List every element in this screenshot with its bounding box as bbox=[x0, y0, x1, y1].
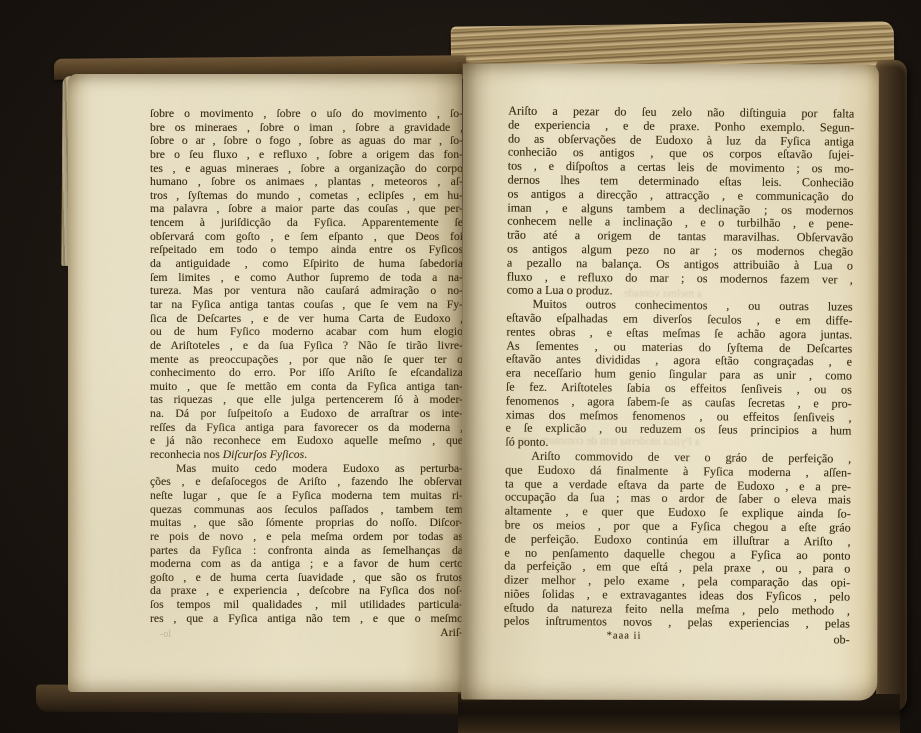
right-page-text: Ariſto a pezar do ſeu zelo não diſtingui… bbox=[504, 105, 855, 632]
right-page-footer: *aaa ii ob- bbox=[504, 630, 850, 648]
text-line: tencem à juriſdicção da Fyſica. Apparent… bbox=[150, 216, 463, 230]
text-line: bre o ſeu fluxo , e refluxo , ſobre a or… bbox=[150, 148, 463, 162]
text-line: tas riquezas , que elle julga pertencere… bbox=[150, 393, 463, 407]
open-book-photo: ſobre o movimento , ſobre o uſo do movim… bbox=[0, 0, 921, 733]
ink-bleedthrough: -ol bbox=[160, 629, 171, 640]
text-line: ſica de Deſcartes , e de ver huma Carta … bbox=[150, 312, 463, 326]
text-line: e já não reconhece em Eudoxo aquelle meſ… bbox=[150, 434, 463, 448]
text-line: reſſes da Fyſica antiga para favorecer o… bbox=[150, 421, 463, 435]
text-line: neſte lugar , que ſe a Fyſica moderna te… bbox=[150, 489, 463, 503]
text-line: na. Dá por ſuſpeitoſo a Eudoxo de arraſt… bbox=[150, 407, 463, 421]
text-line: humano , ſobre os animaes , plantas , me… bbox=[150, 175, 463, 189]
text-line: ſem limites , e como Author ſupremo de t… bbox=[150, 271, 463, 285]
left-page-text: ſobre o movimento , ſobre o uſo do movim… bbox=[150, 107, 463, 625]
text-line: partes da Fyſica : confronta ainda as ſe… bbox=[150, 544, 463, 558]
text-line: da antiguidade , como Eſpirito de huma ſ… bbox=[150, 257, 463, 271]
text-line: tureza. Mas por ventura não cauſará admi… bbox=[150, 284, 463, 298]
text-line: moderna com as da antiga ; e a favor de … bbox=[150, 557, 463, 571]
right-page: Ariſto a pezar do ſeu zelo não diſtingui… bbox=[461, 63, 879, 700]
text-line: re pois de novo , e pela meſma ordem por… bbox=[150, 530, 463, 544]
text-line: res , que a Fyſica antiga não tem , e qu… bbox=[150, 612, 463, 626]
text-line: bre os mineraes , ſobre o iman , ſobre a… bbox=[150, 121, 463, 135]
text-line: da praxe , e experiencia , deſcobre na F… bbox=[150, 584, 463, 598]
right-page-catchword: ob- bbox=[833, 632, 849, 647]
left-page: ſobre o movimento , ſobre o uſo do movim… bbox=[68, 74, 462, 692]
text-line: de Ariſtoteles , e da ſua Fyſica ? Não ſ… bbox=[150, 339, 463, 353]
text-line: reſpeitado em todo o tempo ainda entre o… bbox=[150, 243, 463, 257]
text-line: tar na Fyſica antiga tantas couſas , que… bbox=[150, 298, 463, 312]
text-line: ma palavra , ſobre a maior parte das cou… bbox=[150, 202, 463, 216]
text-line: tros , ſyſtemas do mundo , cometas , ecl… bbox=[150, 189, 463, 203]
text-line: ſobre o ar , ſobre o fogo , ſobre as agu… bbox=[150, 134, 463, 148]
text-line: quezas communas aos ſeculos paſſados , t… bbox=[150, 503, 463, 517]
text-line: ções , e deſaſocegos de Ariſto , fazendo… bbox=[150, 475, 463, 489]
text-line: ſos tempos mil qualidades , mil utilidad… bbox=[150, 598, 463, 612]
text-line: mente as preoccupações , por que não ſe … bbox=[150, 353, 463, 367]
text-line: muito , que ſe mettão em conta da Fyſica… bbox=[150, 380, 463, 394]
text-line: ou de hum Fyſico moderno acabar com hum … bbox=[150, 325, 463, 339]
text-line: muitas , que são ſómente proprias do noſ… bbox=[150, 516, 463, 530]
text-line: Mas muito cedo modera Eudoxo as perturba… bbox=[150, 462, 463, 476]
text-line: obſervará com goſto , e ſem eſpanto , qu… bbox=[150, 230, 463, 244]
text-line: reconhecia nos Diſcurſos Fyſicos. bbox=[150, 448, 463, 462]
text-line: goſto , e de huma certa ſuavidade , que … bbox=[150, 571, 463, 585]
signature-mark: *aaa ii bbox=[607, 630, 642, 641]
left-page-catchword: Ariſ- bbox=[440, 626, 463, 639]
text-line: tes , e aguas mineraes , ſobre a organiz… bbox=[150, 162, 463, 176]
text-line: ſobre o movimento , ſobre o uſo do movim… bbox=[150, 107, 463, 121]
text-line: conhecimento do erro. Por iſſo Ariſto ſe… bbox=[150, 366, 463, 380]
book-cover-right-board bbox=[876, 60, 907, 712]
